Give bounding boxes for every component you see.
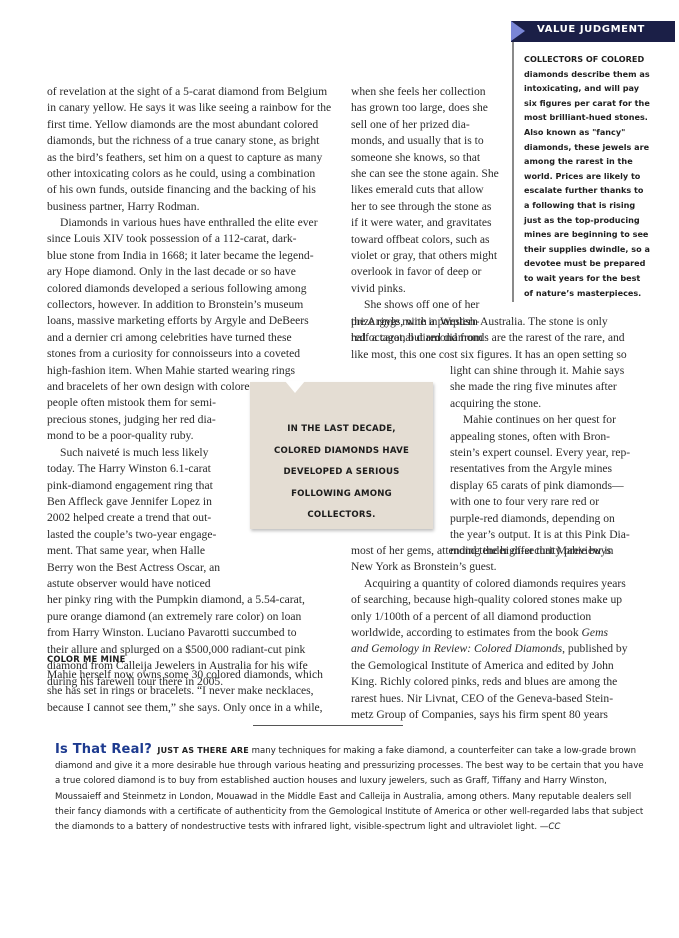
text-line: her pinky ring with the Pumpkin diamond,… [47, 592, 333, 608]
text-line: and Gemology in Review: Colored Diamonds… [351, 641, 641, 657]
text-line: of revelation at the sight of a 5-carat … [47, 84, 333, 100]
text-line: She shows off one of her [351, 297, 501, 313]
pull-quote-line: collectors. [250, 505, 433, 527]
subhead-color-me-mine: COLOR ME MINE [47, 654, 126, 664]
text-line: likes emerald cuts that allow [351, 182, 501, 198]
book-title: and Gemology in Review: Colored Diamonds [351, 642, 562, 655]
text-line: sell one of her prized dia- [351, 117, 501, 133]
text-line: when she feels her collection [351, 84, 501, 100]
text-fragment: worldwide, according to estimates from t… [351, 626, 579, 639]
text-line: rarest hues. Nir Livnat, CEO of the Gene… [351, 691, 641, 707]
text-line: and a dernier cri among celebrities have… [47, 330, 333, 346]
text-line: because I cannot see them,” she says. On… [47, 700, 333, 716]
is-that-real-box: Is That Real? JUST AS THERE ARE many tec… [55, 742, 645, 835]
text-line: acquiring the stone. [450, 396, 640, 412]
text-line: lasted the couple’s two-year engage- [47, 527, 333, 543]
sidebar-body: COLLECTORS OF COLORED diamonds describe … [524, 52, 674, 300]
pull-quote: In the last decade, colored diamonds hav… [250, 382, 433, 529]
sidebar-line: mines are beginning to see [524, 227, 674, 242]
col2-right-block: light can shine through it. Mahie says s… [450, 363, 640, 560]
flag-arrow-icon [511, 21, 525, 41]
sidebar-line: most brilliant-hued stones. [524, 110, 674, 125]
text-line: collectors, however. In addition to Bron… [47, 297, 333, 313]
sidebar-line: their supplies dwindle, so a [524, 242, 674, 257]
text-line: Mahie herself now owns some 30 colored d… [47, 667, 333, 683]
pull-quote-line: colored diamonds have [250, 441, 433, 463]
text-line: she can see the stone again. She [351, 166, 501, 182]
text-fragment: , published by [562, 642, 627, 655]
text-line: astute observer would have noticed [47, 576, 333, 592]
text-line: appealing stones, often with Bron- [450, 429, 640, 445]
text-line: Diamonds in various hues have enthralled… [47, 215, 333, 231]
col1-paragraph-4: Mahie herself now owns some 30 colored d… [47, 667, 333, 716]
text-line: from Harry Winston. Luciano Pavarotti su… [47, 625, 333, 641]
col2-paragraph-1: when she feels her collection has grown … [351, 84, 501, 347]
notch-decoration [285, 381, 305, 393]
box-signature: —CC [540, 822, 561, 832]
sidebar-line: diamonds, these jewels are [524, 140, 674, 155]
text-line: with one to four very rare red or [450, 494, 640, 510]
sidebar-line: six figures per carat for the [524, 96, 674, 111]
text-line: diamonds, but the richness of a true can… [47, 133, 333, 149]
text-line: in canary yellow. He says it was like se… [47, 100, 333, 116]
text-line: the year’s output. It is at this Pink Di… [450, 527, 640, 543]
text-line: violet or gray, that others might [351, 248, 501, 264]
text-line: loans, massive marketing efforts by Argy… [47, 313, 333, 329]
text-line: first time. Yellow diamonds are the most… [47, 117, 333, 133]
text-line: blue stone from India in 1668; it later … [47, 248, 333, 264]
box-text: many techniques for making a fake diamon… [55, 746, 644, 832]
text-line: as the bird’s feathers, set him on a que… [47, 150, 333, 166]
pull-quote-text: In the last decade, colored diamonds hav… [250, 419, 433, 527]
col2-paragraph-2-wide: the Argyle mine in Western Australia. Th… [351, 314, 641, 363]
text-line: she made the ring five minutes after [450, 379, 640, 395]
text-line: business partner, Harry Rodman. [47, 199, 333, 215]
pull-quote-line: developed a serious [250, 462, 433, 484]
text-line: the Argyle mine in Western Australia. Th… [351, 314, 641, 330]
text-line: Mahie continues on her quest for [450, 412, 640, 428]
sidebar-line: world. Prices are likely to [524, 169, 674, 184]
sidebar-rule [512, 42, 514, 302]
text-line: Berry won the Best Actress Oscar, an [47, 560, 333, 576]
text-line: overlook in favor of deep or [351, 264, 501, 280]
sidebar-line: diamonds describe them as [524, 67, 674, 82]
sidebar-line: escalate further thanks to [524, 183, 674, 198]
text-line: colored diamonds developed a serious fol… [47, 281, 333, 297]
sidebar-line: to wait years for the best [524, 271, 674, 286]
text-line: of his own funds, outside financing and … [47, 182, 333, 198]
box-lead: JUST AS THERE ARE [157, 746, 248, 755]
text-line: other intoxicating colors as he could, u… [47, 166, 333, 182]
sidebar-line: just as the top-producing [524, 213, 674, 228]
text-line: vivid pinks. [351, 281, 501, 297]
sidebar-line: a following that is rising [524, 198, 674, 213]
sidebar-line: COLLECTORS OF COLORED [524, 52, 674, 67]
text-line: like most, this one cost six figures. It… [351, 347, 641, 363]
text-line: her to see through the stone as [351, 199, 501, 215]
text-line: ment. That same year, when Halle [47, 543, 333, 559]
text-line: King. Richly colored pinks, reds and blu… [351, 674, 641, 690]
text-line: monds, and usually that is to [351, 133, 501, 149]
text-line: pure orange diamond (an extremely rare c… [47, 609, 333, 625]
text-line: resentatives from the Argyle mines [450, 461, 640, 477]
text-line: light can shine through it. Mahie says [450, 363, 640, 379]
text-line: Acquiring a quantity of colored diamonds… [351, 576, 641, 592]
text-line: worldwide, according to estimates from t… [351, 625, 641, 641]
sidebar-line: Also known as "fancy" [524, 125, 674, 140]
text-line: toward offbeat colors, such as [351, 232, 501, 248]
text-line: the Gemological Institute of America and… [351, 658, 641, 674]
text-line: she has set in rings or bracelets. “I ne… [47, 683, 333, 699]
sidebar-line: intoxicating, and will pay [524, 81, 674, 96]
text-line: metz Group of Companies, says his firm s… [351, 707, 641, 723]
sidebar-line: of nature’s masterpieces. [524, 286, 674, 301]
text-line: stein’s expert counsel. Every year, rep- [450, 445, 640, 461]
sidebar-line: among the rarest in the [524, 154, 674, 169]
col2-paragraph-3-4: most of her gems, attending the high-sec… [351, 543, 641, 723]
pull-quote-line: following among [250, 484, 433, 506]
section-divider [253, 725, 403, 726]
text-line: half a carat, but red diamonds are the r… [351, 330, 641, 346]
text-line: has grown too large, does she [351, 100, 501, 116]
sidebar-line: devotee must be prepared [524, 256, 674, 271]
sidebar-value-judgment: VALUE JUDGMENT COLLECTORS OF COLORED dia… [511, 21, 675, 303]
pull-quote-line: In the last decade, [250, 419, 433, 441]
text-line: display 65 carats of pink diamonds— [450, 478, 640, 494]
text-line: only 1/100th of a percent of all diamond… [351, 609, 641, 625]
sidebar-title: VALUE JUDGMENT [537, 24, 645, 35]
text-line: stones from a curiosity for connoisseurs… [47, 346, 333, 362]
col1-paragraph-1: of revelation at the sight of a 5-carat … [47, 84, 333, 215]
text-line: high-fashion item. When Mahie started we… [47, 363, 333, 379]
text-line: since Louis XIV took possession of a 112… [47, 231, 333, 247]
text-line: most of her gems, attending the high-sec… [351, 543, 641, 559]
text-line: purple-red diamonds, depending on [450, 511, 640, 527]
book-title: Gems [582, 626, 608, 639]
text-line: if it were water, and gravitates [351, 215, 501, 231]
text-line: ary Hope diamond. Only in the last decad… [47, 264, 333, 280]
text-line: of searching, because high-quality color… [351, 592, 641, 608]
text-line: someone she knows, so that [351, 150, 501, 166]
box-heading: Is That Real? [55, 742, 152, 757]
text-line: New York as Bronstein’s guest. [351, 559, 641, 575]
